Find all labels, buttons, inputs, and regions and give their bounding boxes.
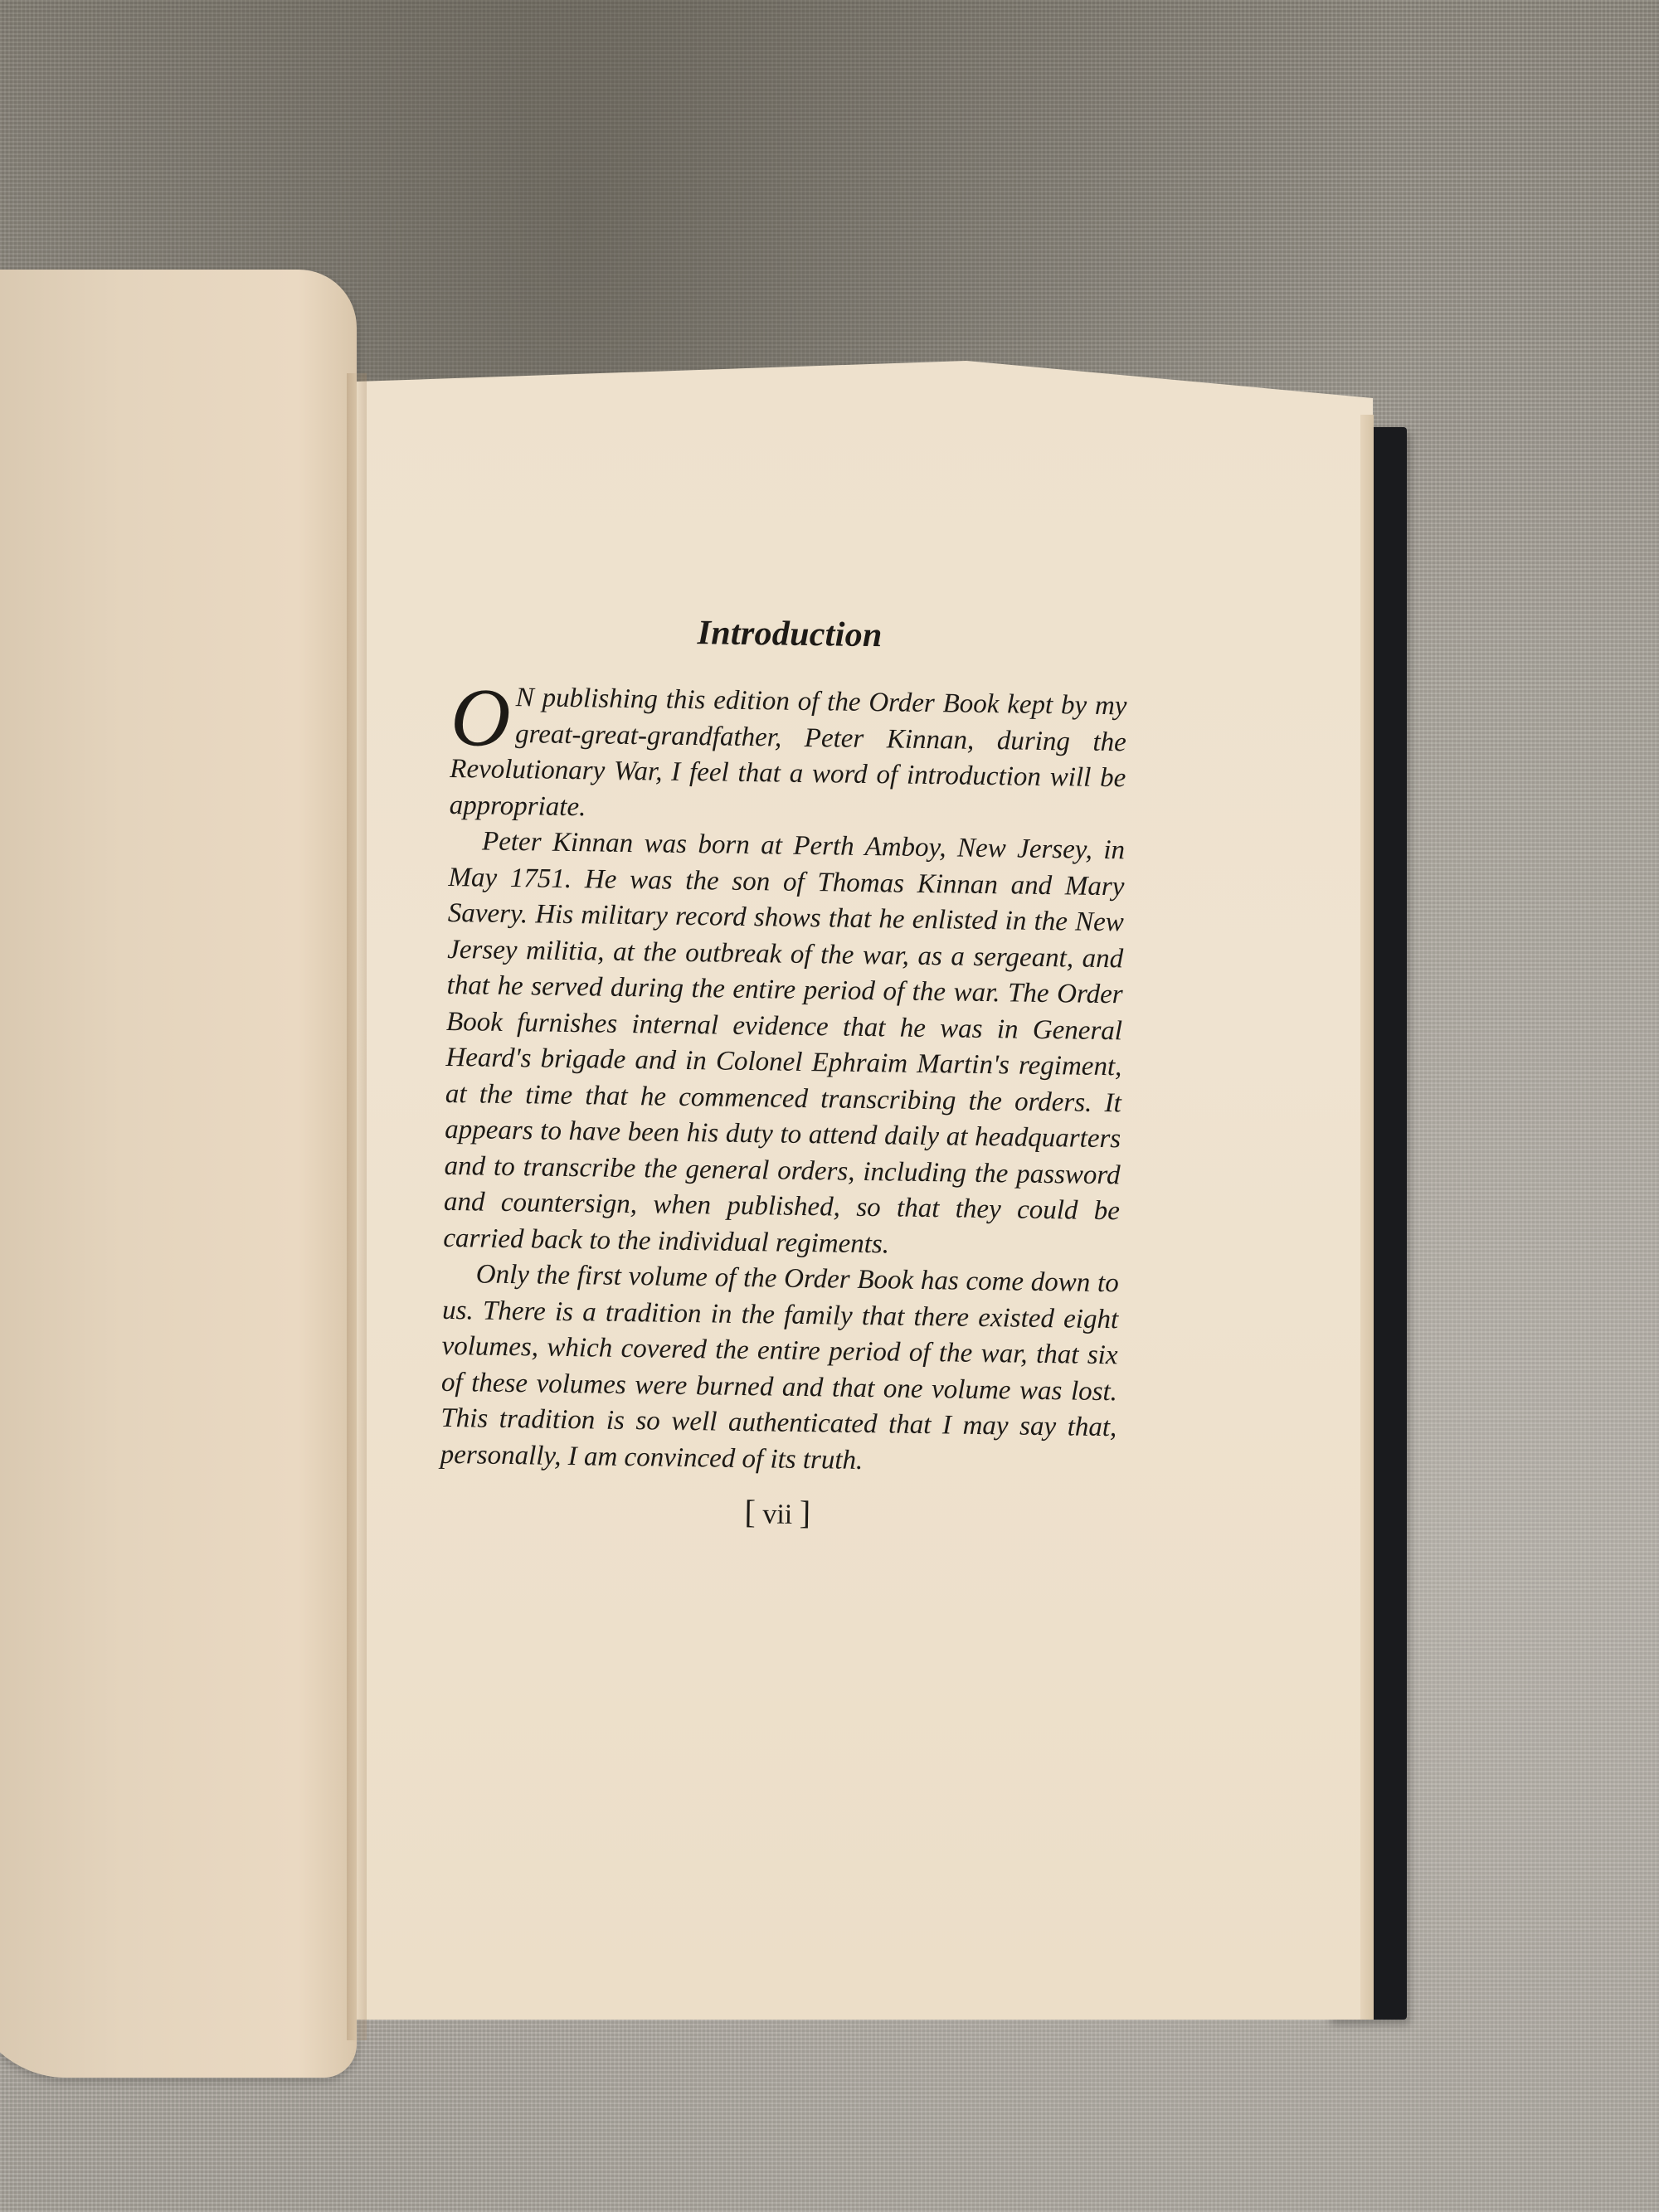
paragraph-1-text: N publishing this edition of the Order B… [449,683,1126,822]
page-text-block: Introduction O N publishing this edition… [440,610,1128,1536]
folio-number: vii [762,1499,792,1529]
page-block-edge [1360,415,1374,2020]
folio-open-bracket: [ [744,1493,756,1530]
paragraph-2: Peter Kinnan was born at Perth Amboy, Ne… [443,824,1125,1266]
chapter-title: Introduction [451,610,1128,659]
book-gutter [347,373,367,2040]
drop-cap: O [450,684,511,751]
folio-close-bracket: ] [799,1494,810,1531]
left-page-blank [0,270,357,2078]
paragraph-3: Only the first volume of the Order Book … [440,1257,1119,1482]
paragraph-1: O N publishing this edition of the Order… [449,679,1126,833]
